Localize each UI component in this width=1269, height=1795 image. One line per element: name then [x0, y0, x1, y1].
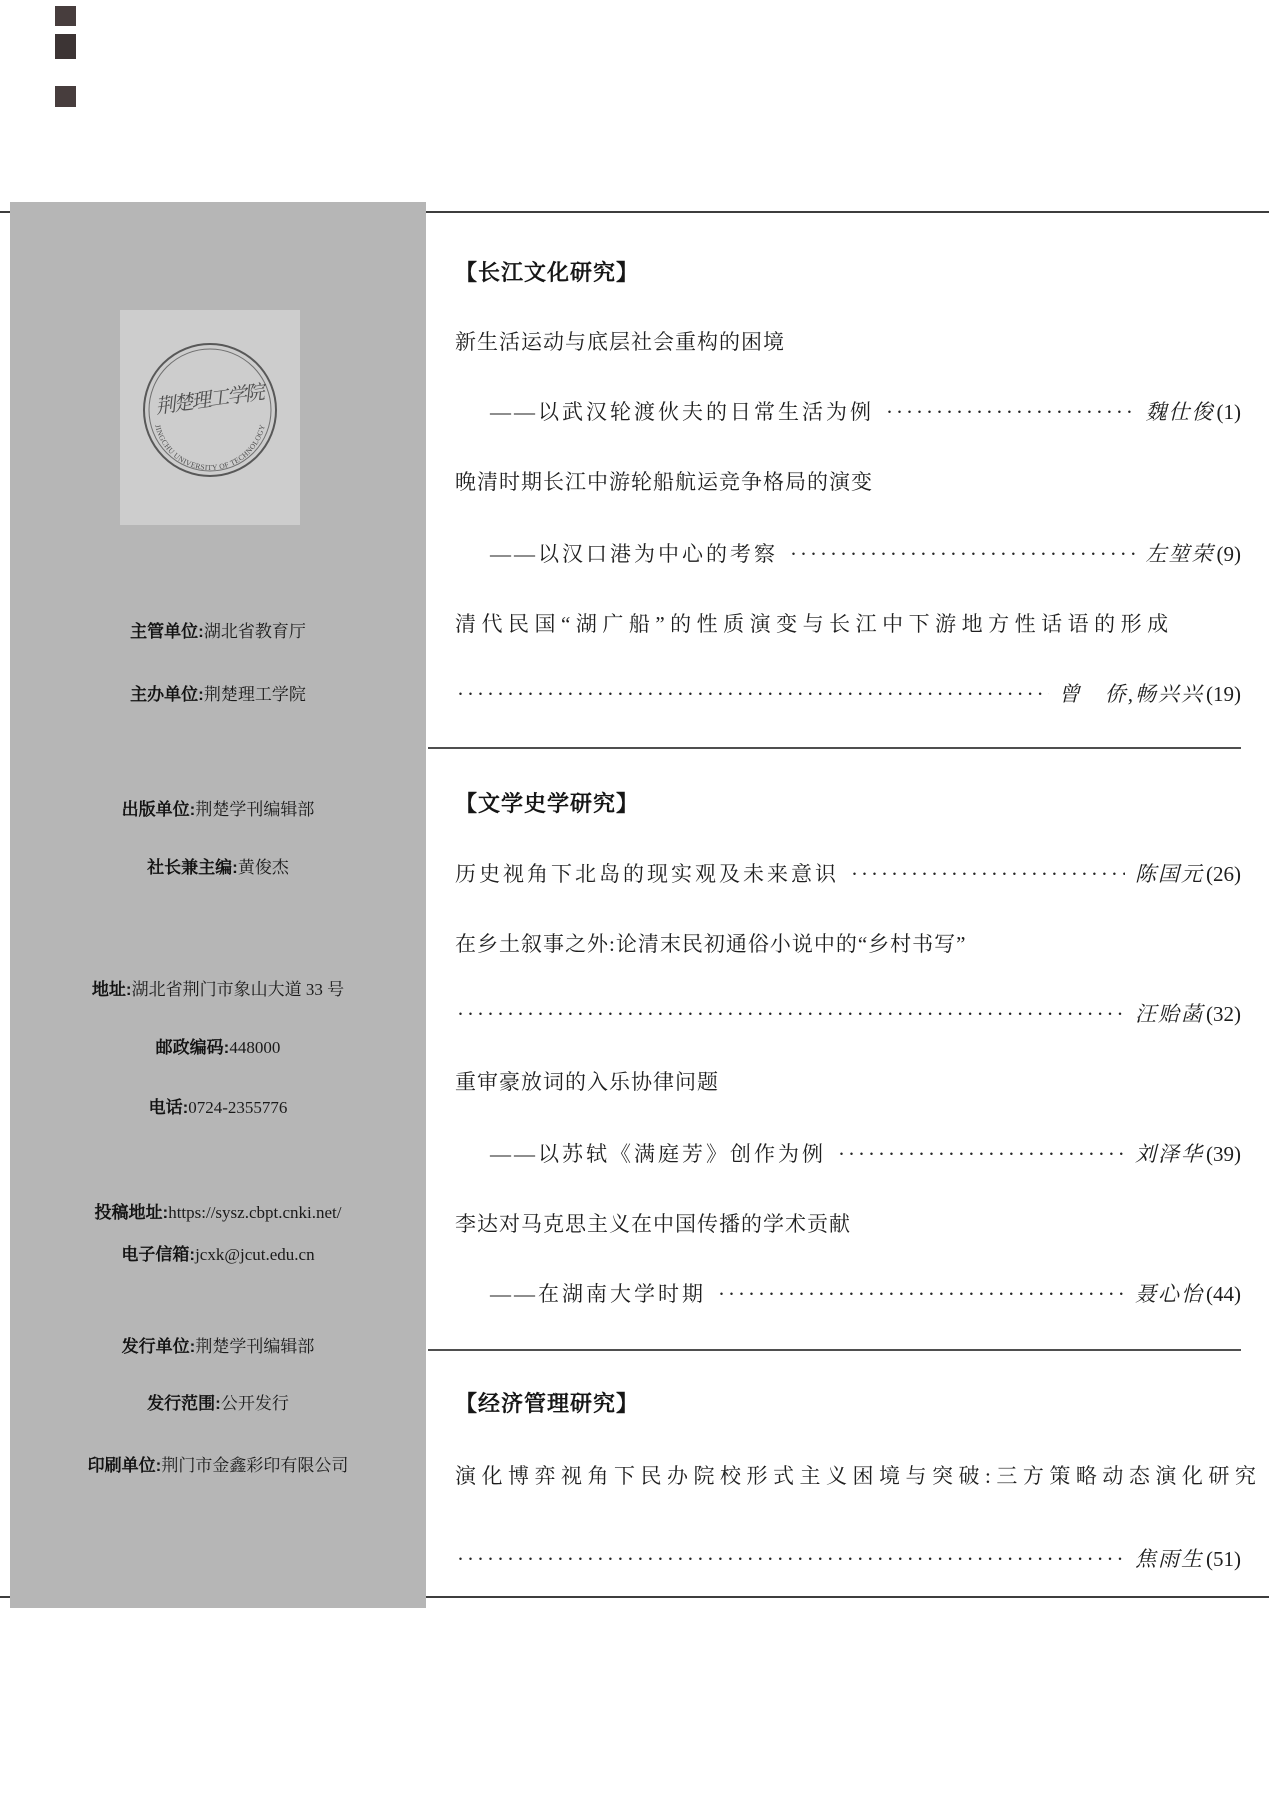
article-title: 在乡土叙事之外:论清末民初通俗小说中的“乡村书写”	[455, 929, 1241, 959]
info-value: 0724-2355776	[188, 1098, 287, 1117]
info-label: 地址:	[92, 980, 132, 999]
info-line-submission-url: 投稿地址:https://sysz.cbpt.cnki.net/	[10, 1201, 426, 1225]
article-leader-line: 历史视角下北岛的现实观及未来意识 ·······················…	[455, 859, 1241, 889]
info-label: 出版单位:	[122, 800, 196, 819]
info-label: 发行范围:	[147, 1394, 221, 1413]
article-subtitle: ——在湖南大学时期	[490, 1279, 706, 1309]
info-value: jcxk@jcut.edu.cn	[195, 1245, 315, 1264]
article-page-number: (9)	[1217, 539, 1242, 569]
info-value: 黄俊杰	[238, 858, 289, 877]
article-author: 刘泽华	[1135, 1139, 1204, 1169]
section-header-economics-management: 【经济管理研究】	[455, 1389, 1241, 1419]
info-value: 湖北省荆门市象山大道 33 号	[132, 980, 345, 999]
info-value: 湖北省教育厅	[204, 622, 306, 641]
publication-info-sidebar: 荆楚理工学院 JINGCHU UNIVERSITY OF TECHNOLOGY …	[10, 202, 426, 1608]
article-author: 左堃荣	[1146, 539, 1215, 569]
info-line-printer: 印刷单位:荆门市金鑫彩印有限公司	[10, 1454, 426, 1478]
info-value: 公开发行	[221, 1394, 289, 1413]
dot-leader: ········································…	[457, 999, 1125, 1029]
info-value: 荆门市金鑫彩印有限公司	[161, 1456, 348, 1475]
article-author: 焦雨生	[1135, 1544, 1204, 1574]
article-leader-line: ——在湖南大学时期 ······························…	[455, 1279, 1241, 1309]
article-page-number: (1)	[1217, 397, 1242, 427]
info-label: 社长兼主编:	[147, 858, 238, 877]
info-line-publisher: 出版单位:荆楚学刊编辑部	[10, 798, 426, 822]
journal-contents-page: 荆楚理工学院 JINGCHU UNIVERSITY OF TECHNOLOGY …	[0, 0, 1269, 1795]
article-title: 李达对马克思主义在中国传播的学术贡献	[455, 1209, 1241, 1239]
info-label: 电话:	[149, 1098, 189, 1117]
article-subtitle: ——以汉口港为中心的考察	[490, 539, 778, 569]
registration-mark	[55, 34, 76, 59]
info-line-chief-editor: 社长兼主编:黄俊杰	[10, 856, 426, 880]
info-value: 荆楚学刊编辑部	[195, 1337, 314, 1356]
info-label: 印刷单位:	[88, 1456, 162, 1475]
registration-mark	[55, 6, 76, 26]
article-leader-line: ——以苏轼《满庭芳》创作为例 ·························…	[455, 1139, 1241, 1169]
info-label: 主管单位:	[130, 622, 204, 641]
info-value: 荆楚理工学院	[204, 685, 306, 704]
article-title: 清代民国“湖广船”的性质演变与长江中下游地方性话语的形成	[455, 609, 1241, 639]
dot-leader: ········································…	[886, 397, 1136, 427]
info-label: 电子信箱:	[121, 1245, 195, 1264]
dot-leader: ········································…	[851, 859, 1125, 889]
article-page-number: (19)	[1206, 679, 1241, 709]
article-subtitle: ——以苏轼《满庭芳》创作为例	[490, 1139, 826, 1169]
info-value: 448000	[229, 1038, 280, 1057]
article-leader-line: ——以汉口港为中心的考察 ···························…	[455, 539, 1241, 569]
registration-mark	[55, 86, 76, 107]
section-header-literature-history: 【文学史学研究】	[455, 789, 1241, 819]
article-page-number: (51)	[1206, 1544, 1241, 1574]
article-subtitle: ——以武汉轮渡伙夫的日常生活为例	[490, 397, 874, 427]
article-author: 聂心怡	[1135, 1279, 1204, 1309]
article-page-number: (26)	[1206, 859, 1241, 889]
dot-leader: ········································…	[457, 679, 1049, 709]
info-line-distribution-scope: 发行范围:公开发行	[10, 1392, 426, 1416]
article-page-number: (44)	[1206, 1279, 1241, 1309]
article-title: 演化博弈视角下民办院校形式主义困境与突破:三方策略动态演化研究	[455, 1461, 1241, 1491]
dot-leader: ········································…	[718, 1279, 1125, 1309]
info-line-address: 地址:湖北省荆门市象山大道 33 号	[10, 978, 426, 1002]
dot-leader: ········································…	[790, 539, 1136, 569]
article-leader-line: ········································…	[455, 999, 1241, 1029]
article-author: 汪贻菡	[1135, 999, 1204, 1029]
seal-calligraphy-text: 荆楚理工学院	[154, 381, 269, 419]
article-author: 曾 侨,畅兴兴	[1059, 679, 1204, 709]
section-divider	[428, 1349, 1241, 1351]
info-line-email: 电子信箱:jcxk@jcut.edu.cn	[10, 1243, 426, 1267]
university-seal: 荆楚理工学院 JINGCHU UNIVERSITY OF TECHNOLOGY	[120, 310, 300, 525]
info-line-phone: 电话:0724-2355776	[10, 1096, 426, 1120]
seal-english-caption: JINGCHU UNIVERSITY OF TECHNOLOGY	[153, 423, 267, 472]
info-value: https://sysz.cbpt.cnki.net/	[168, 1203, 341, 1222]
article-title: 历史视角下北岛的现实观及未来意识	[455, 859, 839, 889]
info-label: 邮政编码:	[156, 1038, 230, 1057]
section-header-changjiang-culture: 【长江文化研究】	[455, 258, 1241, 288]
info-value: 荆楚学刊编辑部	[195, 800, 314, 819]
university-seal-graphic: 荆楚理工学院 JINGCHU UNIVERSITY OF TECHNOLOGY	[120, 310, 300, 525]
info-label: 发行单位:	[122, 1337, 196, 1356]
dot-leader: ········································…	[838, 1139, 1125, 1169]
article-page-number: (39)	[1206, 1139, 1241, 1169]
info-label: 主办单位:	[130, 685, 204, 704]
article-page-number: (32)	[1206, 999, 1241, 1029]
article-author: 魏仕俊	[1146, 397, 1215, 427]
article-author: 陈国元	[1135, 859, 1204, 889]
info-line-distributor: 发行单位:荆楚学刊编辑部	[10, 1335, 426, 1359]
info-line-supervisor: 主管单位:湖北省教育厅	[10, 620, 426, 644]
article-leader-line: ——以武汉轮渡伙夫的日常生活为例 ·······················…	[455, 397, 1241, 427]
info-label: 投稿地址:	[95, 1203, 169, 1222]
dot-leader: ········································…	[457, 1544, 1125, 1574]
section-divider	[428, 747, 1241, 749]
article-leader-line: ········································…	[455, 1544, 1241, 1574]
article-leader-line: ········································…	[455, 679, 1241, 709]
info-line-organizer: 主办单位:荆楚理工学院	[10, 683, 426, 707]
article-title: 新生活运动与底层社会重构的困境	[455, 327, 1241, 357]
article-title: 重审豪放词的入乐协律问题	[455, 1067, 1241, 1097]
article-title: 晚清时期长江中游轮船航运竞争格局的演变	[455, 467, 1241, 497]
info-line-postcode: 邮政编码:448000	[10, 1036, 426, 1060]
